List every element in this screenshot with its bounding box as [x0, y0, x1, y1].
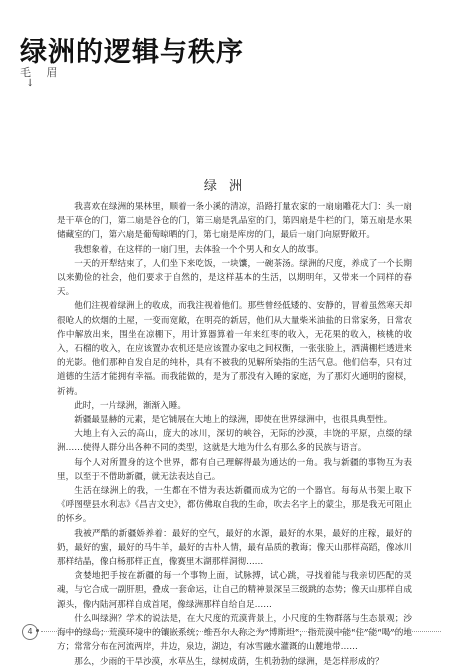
- dotted-rule: [41, 631, 441, 632]
- paragraph: 他们注视着绿洲上的收成，而我注视着他们。那些曾经低矮的、安静的，冒着虽然寒天却很…: [57, 299, 412, 398]
- section-heading: 绿 洲: [0, 175, 450, 194]
- bullet-dot-icon: [36, 629, 39, 632]
- paragraph: 生活在绿洲上的我，一生都在不惜为表达新疆而成为它的一个器官。每每从书架上取下《呼…: [57, 484, 412, 527]
- paragraph: 贪婪地把手按在新疆的每一个事物上面，试脉搏，试心跳，寻找着能与我亲切匹配的灵魂，…: [57, 569, 412, 612]
- paragraph: 一天的开犁结束了，人们坐下来吃饭，一块馕，一碗茶汤。绿洲的尺度，养成了一个长期以…: [57, 257, 412, 300]
- down-arrow-icon: ↓: [26, 79, 34, 89]
- page-number: 4: [22, 624, 38, 640]
- paragraph: 那么，少雨的干旱沙漠，水草丛生，绿树成荫，生机勃勃的绿洲，是怎样形成的？: [57, 655, 412, 666]
- paragraph: 大地上有入云的高山，庞大的冰川，深切的峡谷，无际的沙漠，丰饶的平原，点缀的绿洲……: [57, 427, 412, 455]
- paragraph: 新疆最显赫的元素，是它铺展在大地上的绿洲，即使在世界绿洲中，也很具典型性。: [57, 413, 412, 427]
- paragraph: 每个人对所置身的这个世界，都有自己理解得最为通达的一角。我与新疆的事物互为表里，…: [57, 456, 412, 484]
- paragraph: 此时，一片绿洲，渐渐入睡。: [57, 399, 412, 413]
- paragraph: 我被严酷的新疆娇养着：最好的空气，最好的水源，最好的水果，最好的庄稼，最好的奶，…: [57, 527, 412, 570]
- paragraph: 我想象着，在这样的一扇门里，去体验一个个男人和女人的故事。: [57, 243, 412, 257]
- page-footer: 4: [22, 624, 442, 640]
- article-body: 我喜欢在绿洲的果林里，顺着一条小溪的清凉，沿路打量农家的一扇扇雕花大门：头一扇是…: [57, 200, 412, 666]
- paragraph: 我喜欢在绿洲的果林里，顺着一条小溪的清凉，沿路打量农家的一扇扇雕花大门：头一扇是…: [57, 200, 412, 243]
